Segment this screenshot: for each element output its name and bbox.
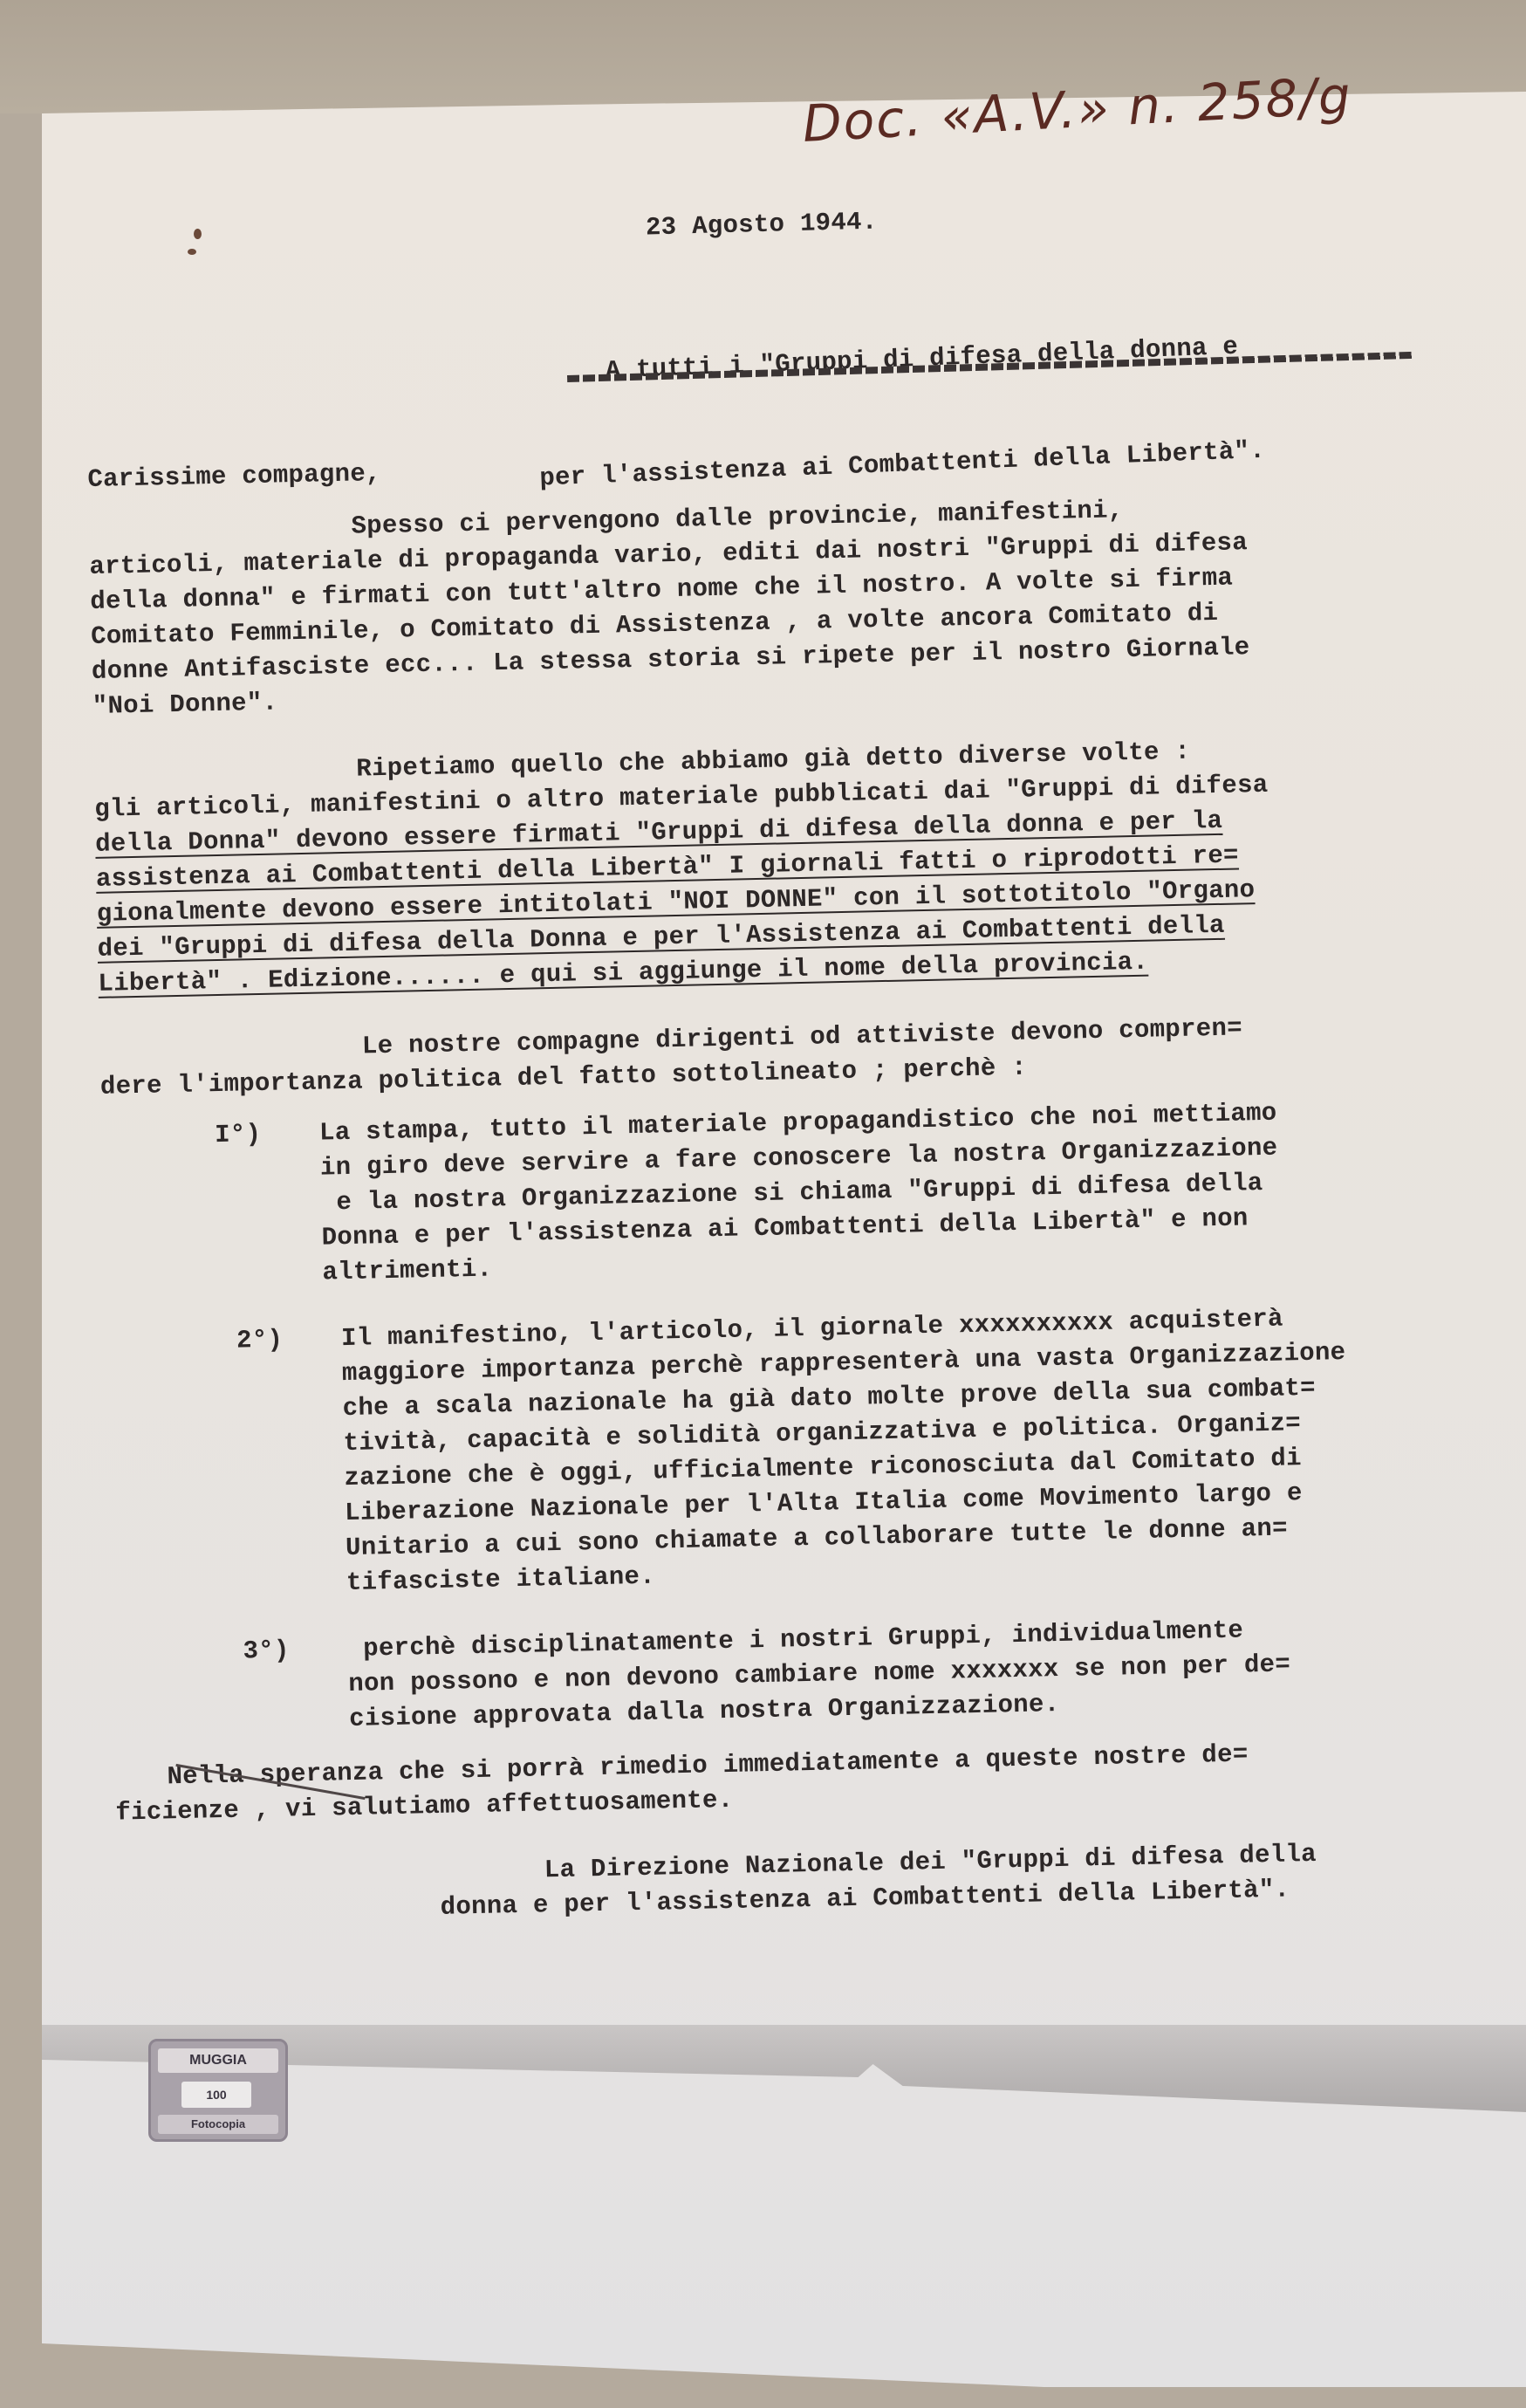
numbered-point: 3°) perchè disciplinatamente i nostri Gr…	[243, 1608, 1509, 1739]
staple-hole	[194, 229, 202, 239]
point-number: I°)	[215, 1116, 323, 1293]
photocopy-stamp: MUGGIA 100 Fotocopia	[148, 2039, 288, 2142]
point-text: perchè disciplinatamente i nostri Gruppi…	[347, 1612, 1291, 1737]
paragraph: Spesso ci pervengono dalle provincie, ma…	[88, 485, 1488, 724]
stamp-place: MUGGIA	[158, 2048, 278, 2073]
numbered-points: I°)La stampa, tutto il materiale propaga…	[101, 1091, 1510, 1741]
stamp-label: Fotocopia	[158, 2115, 278, 2134]
point-number: 3°)	[243, 1632, 349, 1739]
letter-body: Carissime compagne, Spesso ci pervengono…	[87, 433, 1514, 1931]
paragraph: Le nostre compagne dirigenti od attivist…	[99, 1005, 1496, 1104]
closing: Nella speranza che si porrà rimedio imme…	[114, 1732, 1511, 1830]
stamp-number: 100	[181, 2082, 251, 2108]
numbered-point: 2°)Il manifestino, l'articolo, il giorna…	[236, 1297, 1507, 1602]
point-text: La stampa, tutto il materiale propagandi…	[319, 1096, 1281, 1291]
point-text: Il manifestino, l'articolo, il giornale …	[341, 1300, 1351, 1601]
letter-date: 23 Agosto 1944.	[646, 205, 879, 246]
paragraph: Ripetiamo quello che abbiamo già detto d…	[93, 728, 1495, 1001]
staple-hole	[188, 249, 196, 255]
point-number: 2°)	[236, 1321, 347, 1602]
numbered-point: I°)La stampa, tutto il materiale propaga…	[215, 1091, 1501, 1293]
paragraphs: Spesso ci pervengono dalle provincie, ma…	[88, 485, 1496, 1104]
